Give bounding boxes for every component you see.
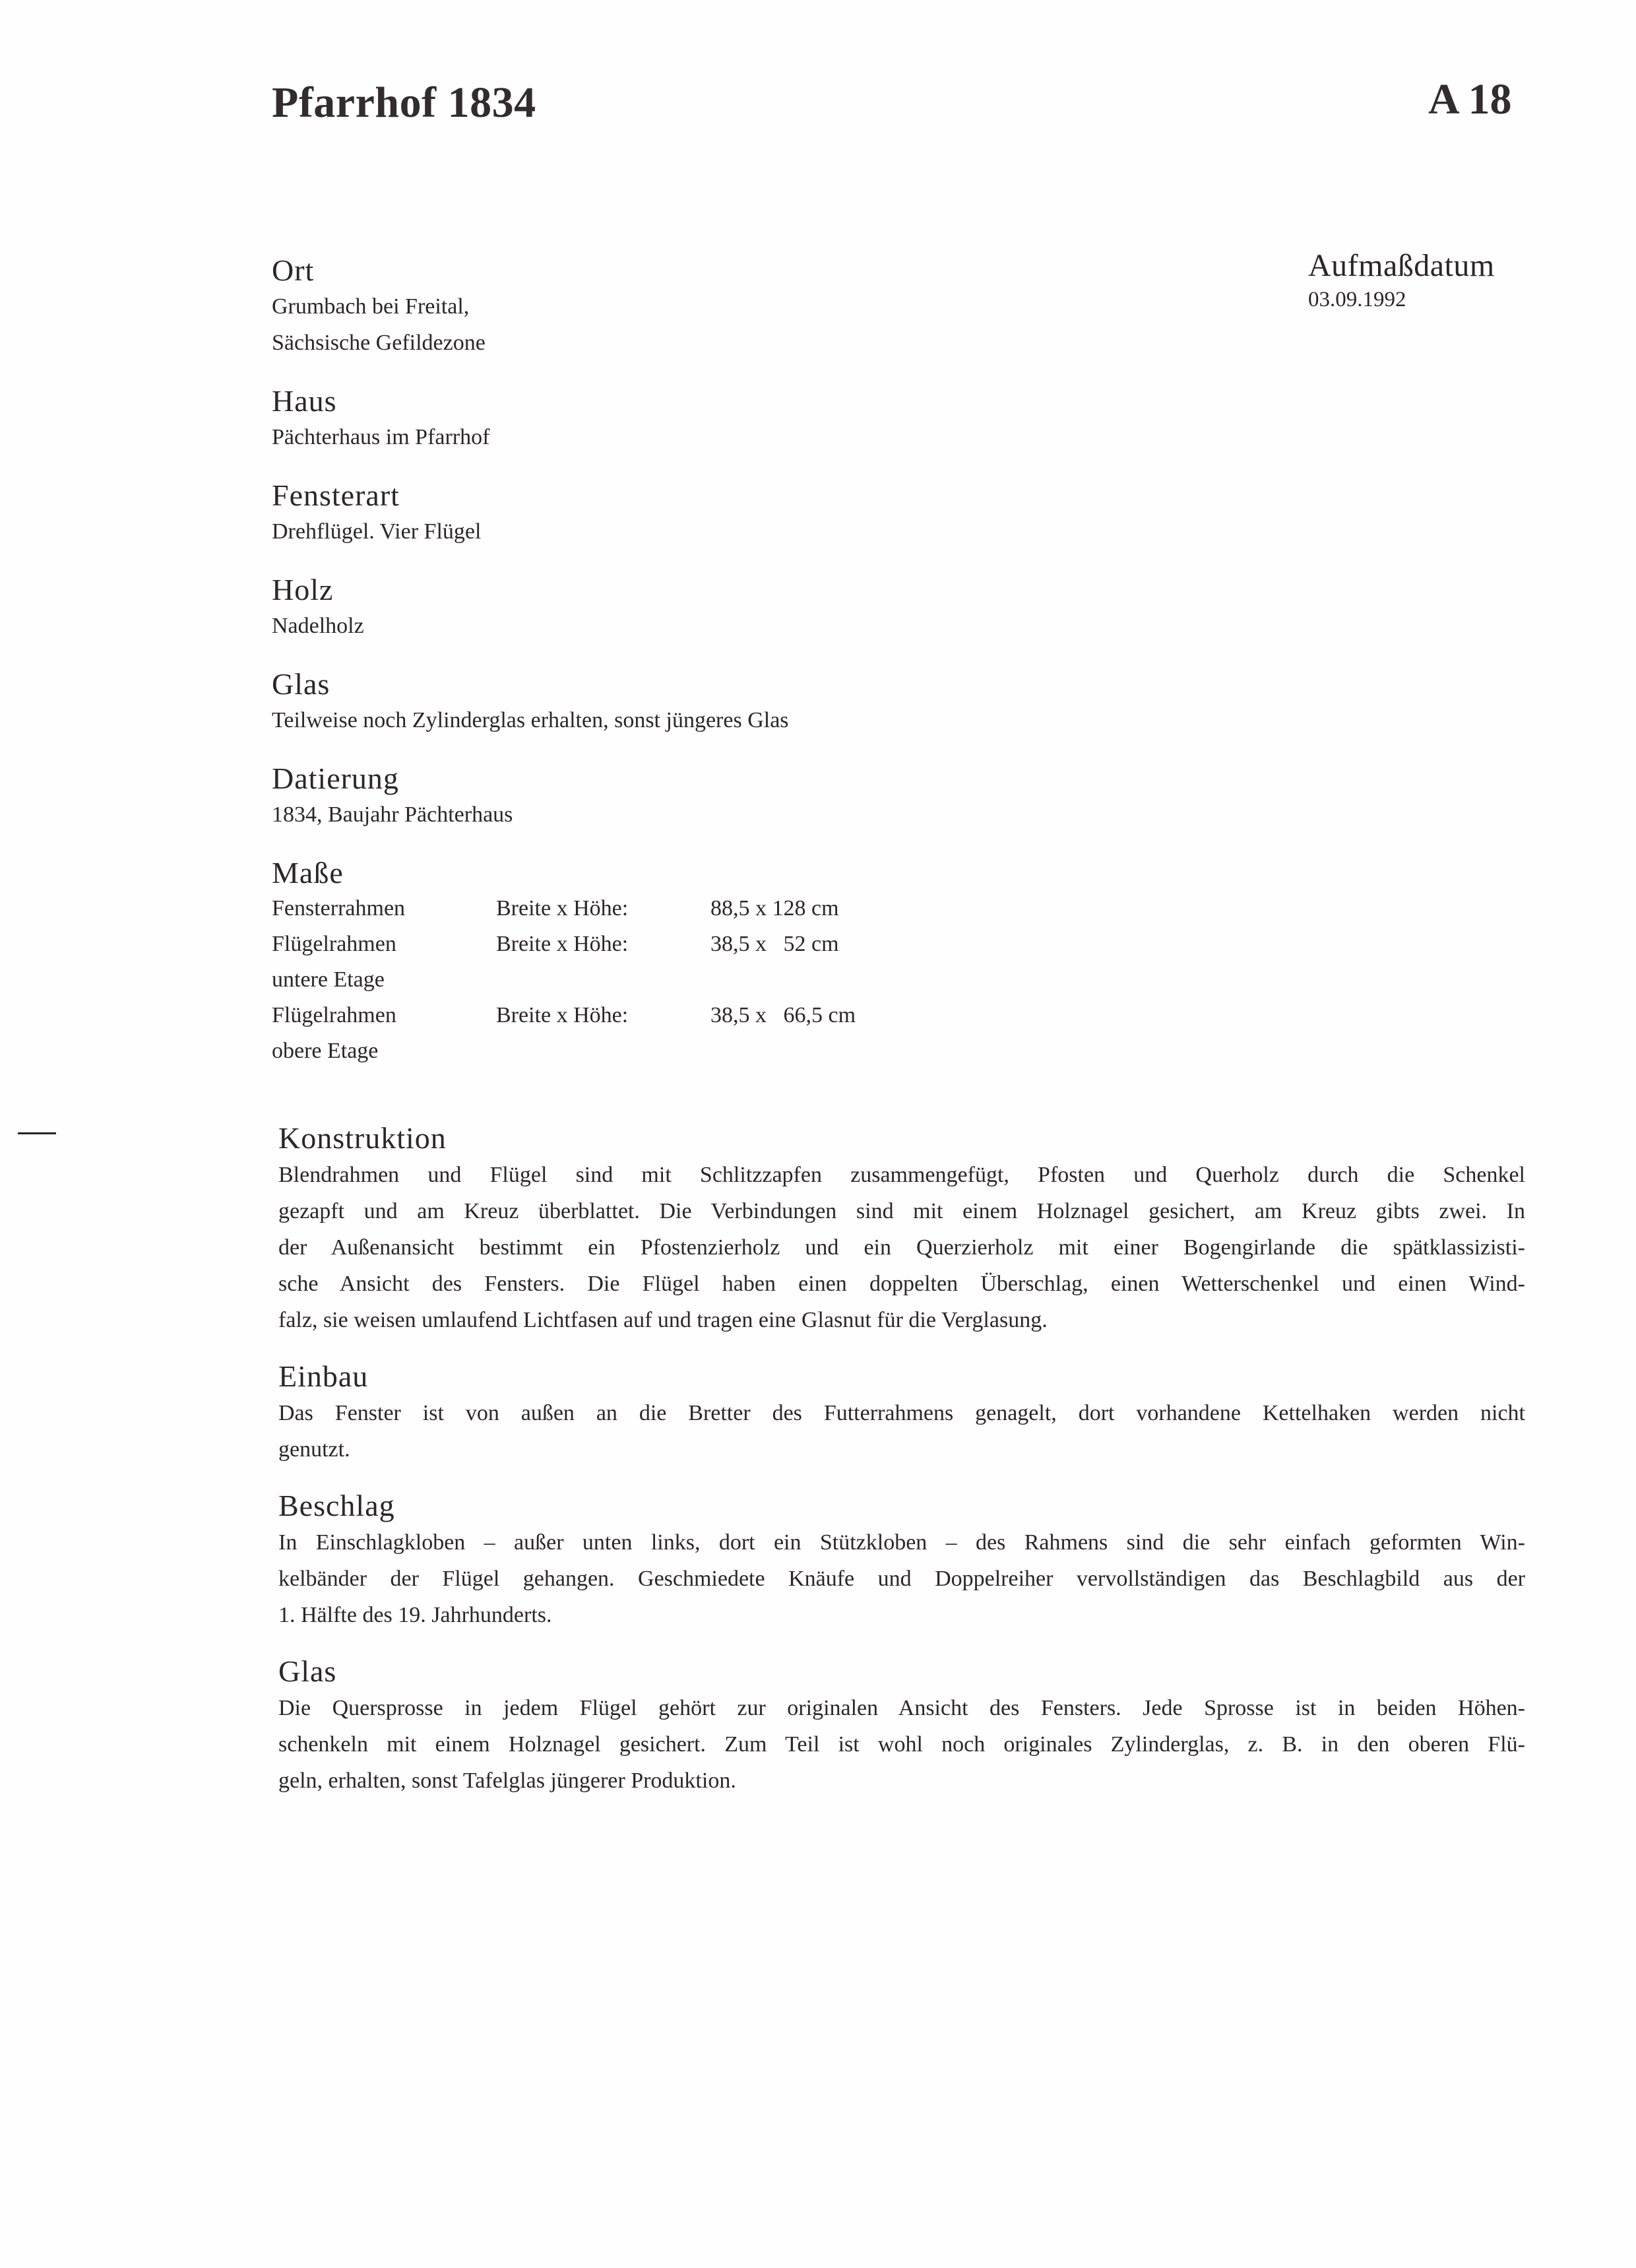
field-label: Datierung: [272, 761, 1525, 796]
margin-mark: [18, 1132, 56, 1134]
text-line: Blendrahmen und Flügel sind mit Schlitzz…: [278, 1157, 1525, 1193]
field-value: 1834, Baujahr Pächterhaus: [272, 796, 1525, 833]
measure-item: Flügelrahmen: [272, 998, 496, 1033]
text-line: geln, erhalten, sonst Tafelglas jüngerer…: [278, 1763, 1525, 1799]
text-line: 1. Hälfte des 19. Jahrhunderts.: [278, 1597, 1525, 1633]
section-einbau: Einbau Das Fenster ist von außen an die …: [278, 1358, 1525, 1468]
measure-dimension: [496, 962, 710, 998]
field-ort: Ort Grumbach bei Freital, Sächsische Gef…: [272, 253, 1525, 361]
section-glas: Glas Die Quersprosse in jedem Flügel geh…: [278, 1653, 1525, 1799]
measure-value: [710, 962, 974, 998]
text-line: In Einschlagkloben – außer unten links, …: [278, 1524, 1525, 1561]
measure-value: 88,5 x 128 cm: [710, 891, 974, 926]
section-text: In Einschlagkloben – außer unten links, …: [278, 1524, 1525, 1633]
measure-value: 38,5 x 66,5 cm: [710, 998, 974, 1033]
text-line: genutzt.: [278, 1431, 1525, 1468]
description-sections: Konstruktion Blendrahmen und Flügel sind…: [278, 1120, 1525, 1819]
section-heading: Glas: [278, 1653, 1525, 1690]
section-konstruktion: Konstruktion Blendrahmen und Flügel sind…: [278, 1120, 1525, 1338]
section-text: Blendrahmen und Flügel sind mit Schlitzz…: [278, 1157, 1525, 1338]
section-beschlag: Beschlag In Einschlagkloben – außer unte…: [278, 1487, 1525, 1633]
field-label: Holz: [272, 572, 1525, 608]
page-number: A 18: [1428, 75, 1512, 125]
measure-dimension: Breite x Höhe:: [496, 926, 710, 962]
measure-value: [710, 1033, 974, 1069]
field-label: Ort: [272, 253, 1525, 288]
text-line: kelbänder der Flügel gehangen. Geschmied…: [278, 1561, 1525, 1597]
text-line: schenkeln mit einem Holznagel gesichert.…: [278, 1726, 1525, 1763]
field-datierung: Datierung 1834, Baujahr Pächterhaus: [272, 761, 1525, 833]
field-label: Glas: [272, 666, 1525, 702]
field-value: Sächsische Gefildezone: [272, 325, 1525, 361]
field-label: Maße: [272, 855, 1525, 891]
text-line: Das Fenster ist von außen an die Bretter…: [278, 1395, 1525, 1431]
text-line: Die Quersprosse in jedem Flügel gehört z…: [278, 1690, 1525, 1726]
section-heading: Konstruktion: [278, 1120, 1525, 1157]
text-line: der Außenansicht bestimmt ein Pfostenzie…: [278, 1229, 1525, 1266]
measure-item: obere Etage: [272, 1033, 496, 1069]
field-value: Teilweise noch Zylinderglas erhalten, so…: [272, 702, 1525, 738]
measure-item: untere Etage: [272, 962, 496, 998]
measure-dimension: Breite x Höhe:: [496, 998, 710, 1033]
field-haus: Haus Pächterhaus im Pfarrhof: [272, 383, 1525, 455]
field-value: Nadelholz: [272, 608, 1525, 644]
section-text: Die Quersprosse in jedem Flügel gehört z…: [278, 1690, 1525, 1799]
text-line: gezapft und am Kreuz überblattet. Die Ve…: [278, 1193, 1525, 1229]
field-value: Pächterhaus im Pfarrhof: [272, 419, 1525, 455]
field-masse: Maße Fensterrahmen Breite x Höhe: 88,5 x…: [272, 855, 1525, 1069]
field-glas: Glas Teilweise noch Zylinderglas erhalte…: [272, 666, 1525, 738]
measure-dimension: Breite x Höhe:: [496, 891, 710, 926]
section-heading: Beschlag: [278, 1487, 1525, 1524]
measure-item: Flügelrahmen: [272, 926, 496, 962]
field-holz: Holz Nadelholz: [272, 572, 1525, 644]
field-label: Haus: [272, 383, 1525, 419]
field-list: Ort Grumbach bei Freital, Sächsische Gef…: [272, 253, 1525, 1091]
field-label: Fensterart: [272, 478, 1525, 513]
section-text: Das Fenster ist von außen an die Bretter…: [278, 1395, 1525, 1468]
field-value: Grumbach bei Freital,: [272, 288, 1525, 325]
text-line: sche Ansicht des Fensters. Die Flügel ha…: [278, 1266, 1525, 1302]
section-heading: Einbau: [278, 1358, 1525, 1395]
page-title: Pfarrhof 1834: [272, 78, 536, 128]
field-value: Drehflügel. Vier Flügel: [272, 513, 1525, 550]
measure-value: 38,5 x 52 cm: [710, 926, 974, 962]
measures-table: Fensterrahmen Breite x Höhe: 88,5 x 128 …: [272, 891, 1525, 1069]
measure-dimension: [496, 1033, 710, 1069]
text-line: falz, sie weisen umlaufend Lichtfasen au…: [278, 1302, 1525, 1338]
field-fensterart: Fensterart Drehflügel. Vier Flügel: [272, 478, 1525, 550]
measure-item: Fensterrahmen: [272, 891, 496, 926]
